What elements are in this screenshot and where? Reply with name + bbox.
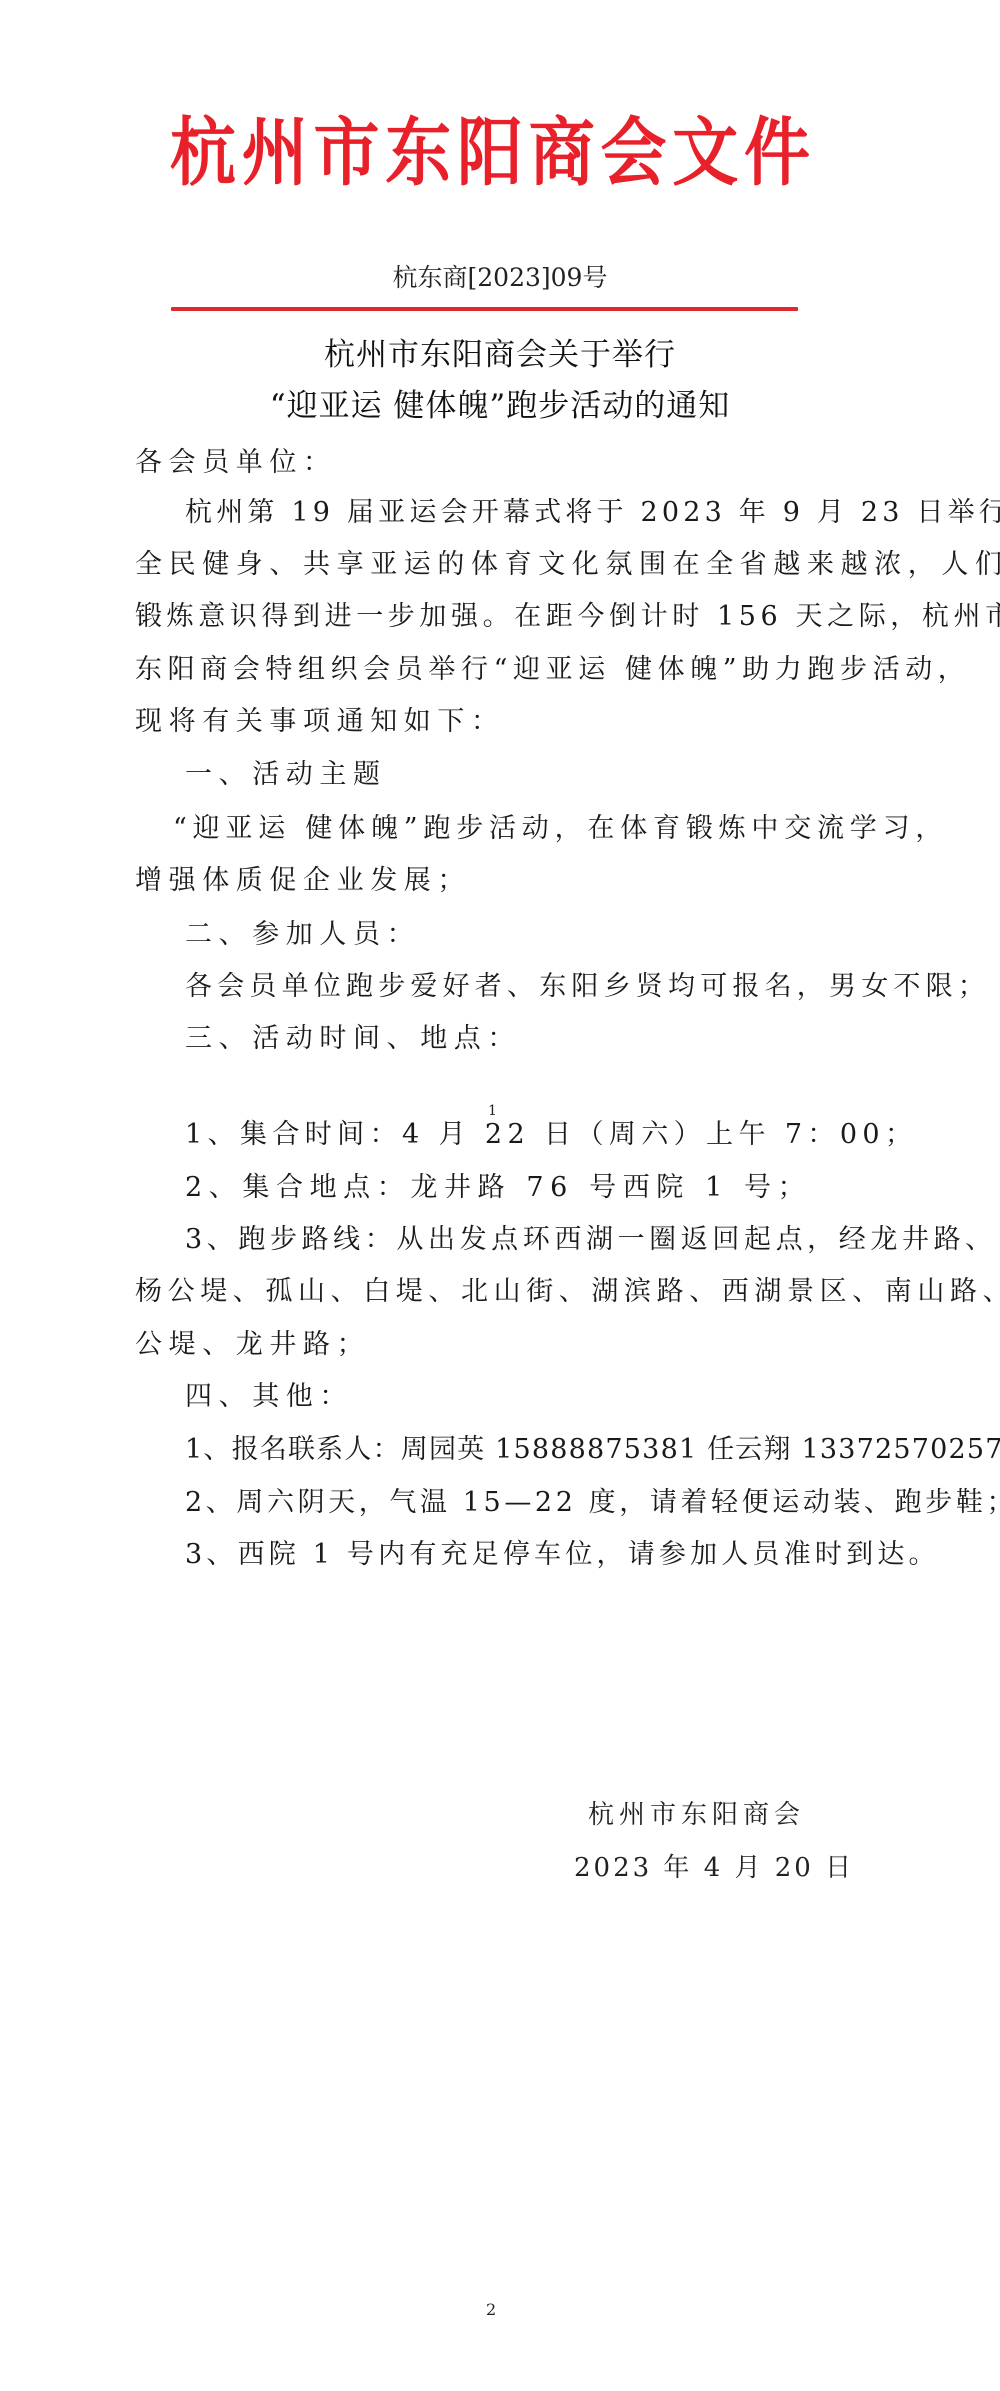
masthead-char: 州 (242, 115, 308, 189)
section-heading-participants: 二、参加人员： (185, 921, 420, 948)
intro-line: 全民健身、共享亚运的体育文化氛围在全省越来越浓，人们的 (135, 551, 1000, 578)
page-number: 2 (486, 2302, 496, 2318)
masthead-char: 东 (385, 115, 451, 189)
signature-organization: 杭州市东阳商会 (588, 1802, 805, 1828)
route-line: 杨公堤、孤山、白堤、北山街、湖滨路、西湖景区、南山路、杨 (135, 1278, 1000, 1305)
theme-line: “迎亚运 健体魄”跑步活动，在体育锻炼中交流学习， (173, 815, 948, 842)
other-item-contacts: 1、报名联系人：周园英 15888875381 任云翔 13372570257； (185, 1436, 1000, 1463)
theme-line: 增强体质促企业发展； (135, 867, 471, 894)
time-place-item: 1、集合时间：4 月 22 日（周六）上午 7：00； (185, 1121, 917, 1148)
salutation: 各会员单位： (135, 449, 337, 476)
masthead-char: 市 (314, 115, 380, 189)
page-marker: 1 (488, 1104, 497, 1118)
intro-line: 杭州第 19 届亚运会开幕式将于 2023 年 9 月 23 日举行， (185, 499, 1000, 526)
document-number: 杭东商[2023]09号 (0, 265, 1000, 290)
masthead-title: 杭 州 市 东 阳 商 会 文 件 (170, 112, 810, 192)
time-place-item: 2、集合地点：龙井路 76 号西院 1 号； (185, 1174, 811, 1201)
signature-date: 2023 年 4 月 20 日 (574, 1855, 854, 1881)
route-line: 公堤、龙井路； (135, 1331, 370, 1358)
section-heading-theme: 一、活动主题 (185, 761, 387, 788)
intro-line: 锻炼意识得到进一步加强。在距今倒计时 156 天之际，杭州市 (135, 603, 1000, 630)
masthead-char: 杭 (170, 115, 236, 189)
other-item-weather: 2、周六阴天，气温 15—22 度，请着轻便运动装、跑步鞋； (185, 1489, 1000, 1516)
time-place-item: 3、跑步路线：从出发点环西湖一圈返回起点，经龙井路、 (185, 1226, 997, 1253)
intro-line: 东阳商会特组织会员举行“迎亚运 健体魄”助力跑步活动， (135, 656, 970, 683)
masthead-char: 件 (744, 115, 810, 189)
masthead-char: 文 (672, 115, 738, 189)
masthead-char: 阳 (457, 115, 523, 189)
red-divider (171, 307, 798, 311)
notice-title-line-2: “迎亚运 健体魄”跑步活动的通知 (0, 391, 1000, 422)
other-item-parking: 3、西院 1 号内有充足停车位，请参加人员准时到达。 (185, 1541, 940, 1568)
masthead-char: 会 (601, 115, 667, 189)
section-heading-other: 四、其他： (185, 1383, 353, 1410)
notice-title-line-1: 杭州市东阳商会关于举行 (0, 340, 1000, 371)
intro-line: 现将有关事项通知如下： (135, 708, 505, 735)
participants-text: 各会员单位跑步爱好者、东阳乡贤均可报名，男女不限； (185, 973, 990, 1000)
section-heading-time-place: 三、活动时间、地点： (185, 1025, 521, 1052)
masthead-char: 商 (529, 115, 595, 189)
